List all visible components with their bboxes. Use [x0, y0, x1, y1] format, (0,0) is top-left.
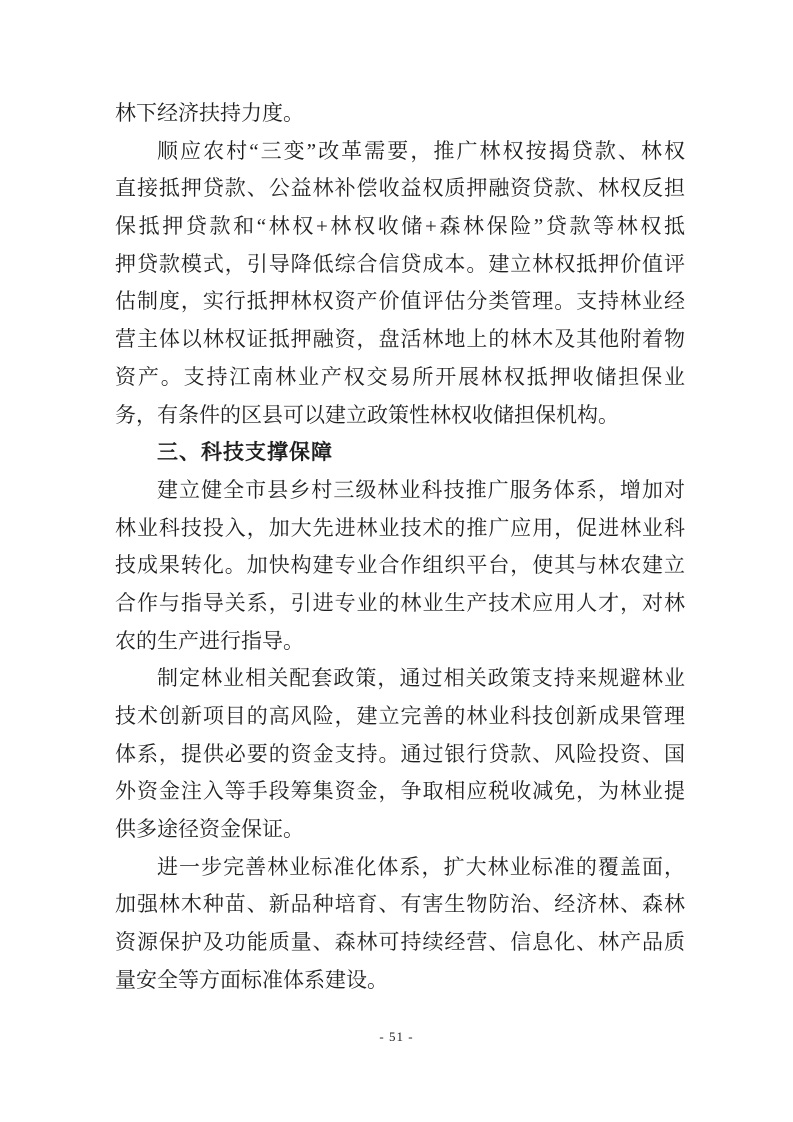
document-page: 林下经济扶持力度。顺应农村“三变”改革需要，推广林权按揭贷款、林权直接抵押贷款、…	[0, 0, 793, 1122]
text-line: 加强林木种苗、新品种培育、有害生物防治、经济林、森林	[115, 886, 685, 924]
text-line: 农的生产进行指导。	[115, 623, 685, 661]
text-line: 技成果转化。加快构建专业合作组织平台，使其与林农建立	[115, 547, 685, 585]
text-line: 技术创新项目的高风险，建立完善的林业科技创新成果管理	[115, 698, 685, 736]
text-line: 务，有条件的区县可以建立政策性林权收储担保机构。	[115, 397, 685, 435]
page-footer: - 51 -	[0, 1028, 793, 1046]
page-number: - 51 -	[379, 1029, 413, 1044]
text-line: 体系，提供必要的资金支持。通过银行贷款、风险投资、国	[115, 736, 685, 774]
text-line: 制定林业相关配套政策，通过相关政策支持来规避林业	[115, 660, 685, 698]
document-body: 林下经济扶持力度。顺应农村“三变”改革需要，推广林权按揭贷款、林权直接抵押贷款、…	[115, 95, 685, 1000]
text-line: 供多途径资金保证。	[115, 811, 685, 849]
text-line: 营主体以林权证抵押融资，盘活林地上的林木及其他附着物	[115, 321, 685, 359]
text-line: 资产。支持江南林业产权交易所开展林权抵押收储担保业	[115, 359, 685, 397]
text-line: 林下经济扶持力度。	[115, 95, 685, 133]
text-line: 量安全等方面标准体系建设。	[115, 962, 685, 1000]
text-line: 直接抵押贷款、公益林补偿收益权质押融资贷款、林权反担	[115, 170, 685, 208]
text-line: 估制度，实行抵押林权资产价值评估分类管理。支持林业经	[115, 283, 685, 321]
text-line: 林业科技投入，加大先进林业技术的推广应用，促进林业科	[115, 510, 685, 548]
text-line: 资源保护及功能质量、森林可持续经营、信息化、林产品质	[115, 924, 685, 962]
text-line: 合作与指导关系，引进专业的林业生产技术应用人才，对林	[115, 585, 685, 623]
text-line: 顺应农村“三变”改革需要，推广林权按揭贷款、林权	[115, 133, 685, 171]
text-line: 保抵押贷款和“林权+林权收储+森林保险”贷款等林权抵	[115, 208, 685, 246]
text-line: 进一步完善林业标准化体系，扩大林业标准的覆盖面，	[115, 849, 685, 887]
text-line: 押贷款模式，引导降低综合信贷成本。建立林权抵押价值评	[115, 246, 685, 284]
section-heading: 三、科技支撑保障	[115, 434, 685, 472]
text-line: 外资金注入等手段筹集资金，争取相应税收减免，为林业提	[115, 773, 685, 811]
text-line: 建立健全市县乡村三级林业科技推广服务体系，增加对	[115, 472, 685, 510]
